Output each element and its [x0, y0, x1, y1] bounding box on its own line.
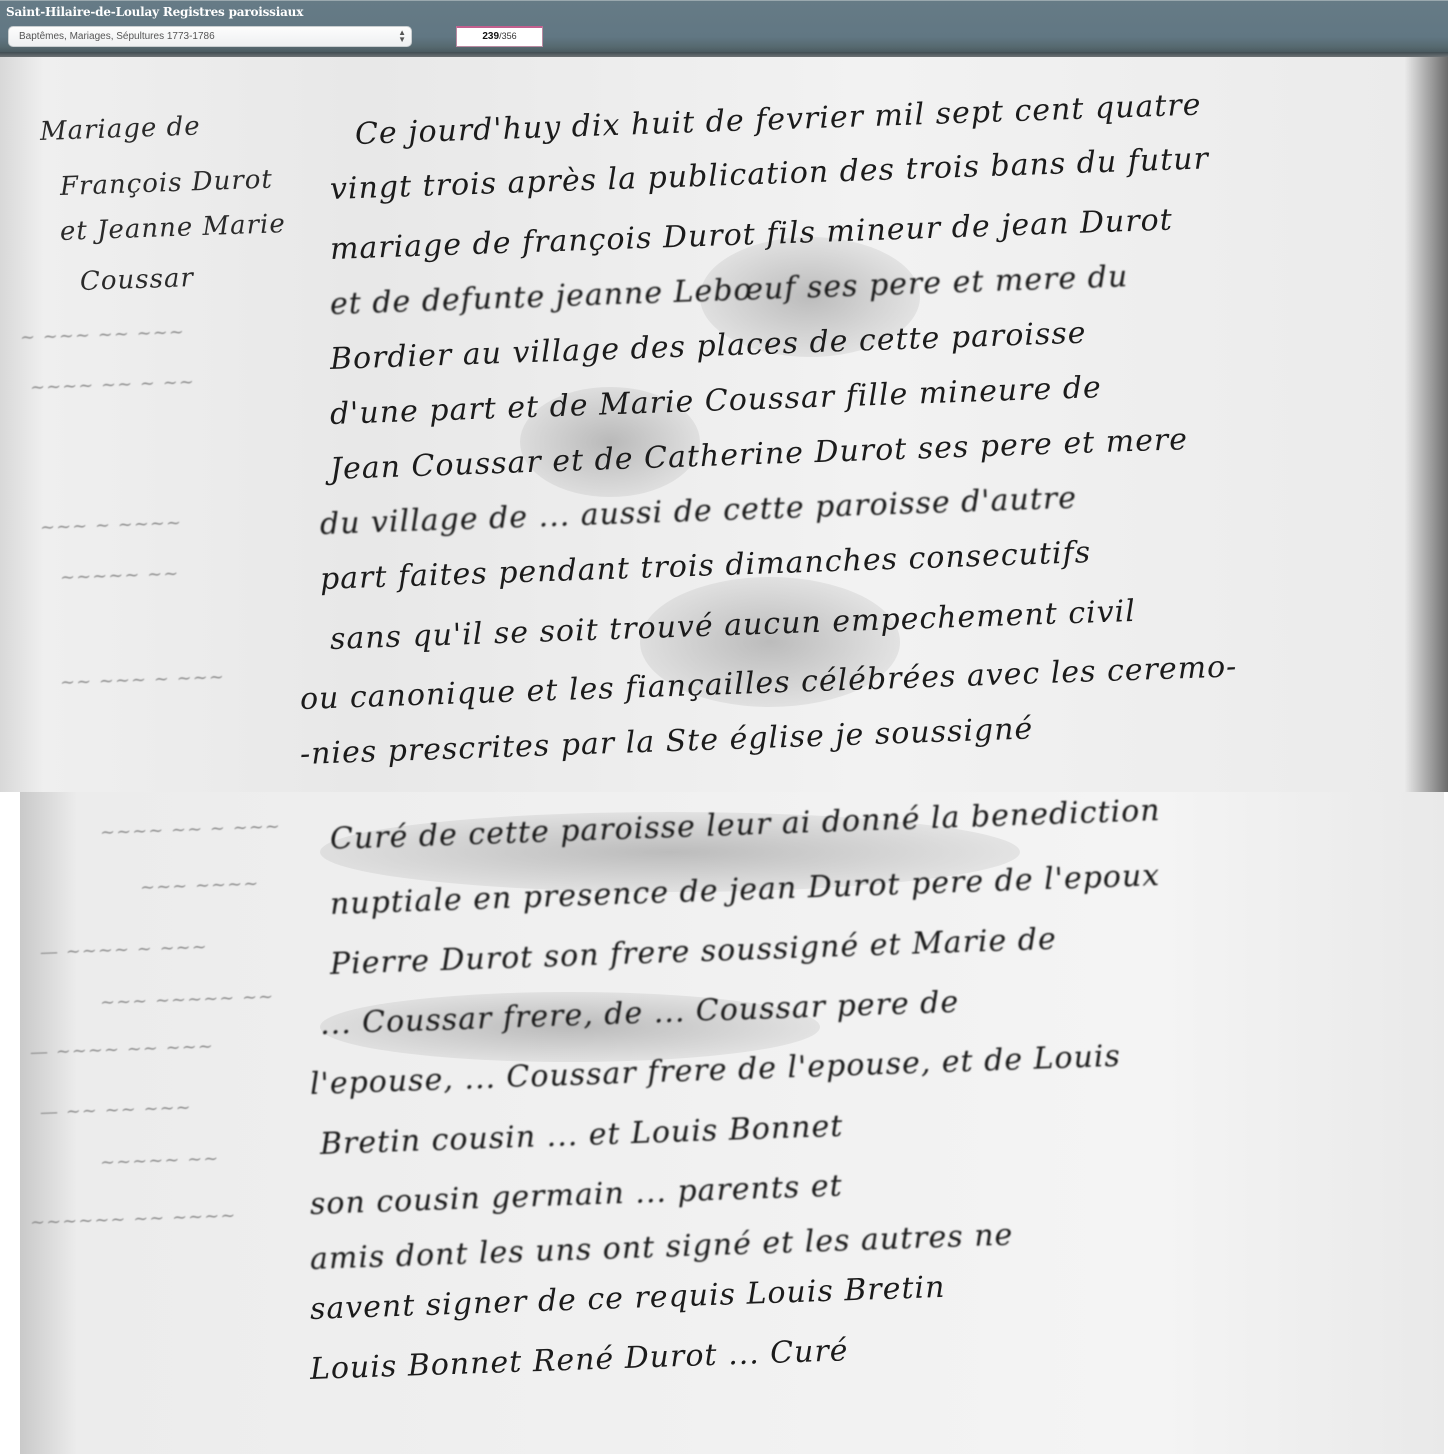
bleed-through-text: ~~~ ~~~~~ ~~ [100, 986, 275, 1013]
register-line: Louis Bonnet René Durot ... Curé [309, 1333, 849, 1387]
register-line: -nies prescrites par la Ste église je so… [299, 711, 1033, 772]
bleed-through-text: ~ ~~~ ~~ ~~~ [20, 321, 186, 348]
page-number-input[interactable]: 239/356 [456, 26, 543, 47]
select-updown-icon: ▲▼ [398, 29, 406, 43]
register-line: Ce jourd'huy dix huit de fevrier mil sep… [354, 87, 1202, 152]
margin-note-line: François Durot [59, 165, 273, 202]
register-select[interactable]: Baptêmes, Mariages, Sépultures 1773-1786… [8, 26, 412, 47]
margin-note-line: et Jeanne Marie [59, 209, 286, 247]
register-line: Bordier au village des places de cette p… [329, 316, 1087, 377]
bleed-through-text: ~~~~ ~~ ~ ~~ [30, 371, 196, 398]
bleed-through-text: — ~~ ~~ ~~~ [40, 1097, 192, 1123]
margin-note-line: Coussar [79, 263, 194, 297]
bleed-through-text: ~~~ ~~~~ [140, 873, 260, 898]
register-scan-top[interactable]: Mariage de François Durot et Jeanne Mari… [0, 57, 1448, 792]
bleed-through-text: ~~~~~~ ~~ ~~~~ [30, 1205, 237, 1233]
register-line: savent signer de ce requis Louis Bretin [309, 1270, 946, 1327]
bleed-through-text: ~~~~ ~~ ~ ~~~ [100, 816, 282, 843]
register-line: d'une part et de Marie Coussar fille min… [329, 370, 1102, 432]
page-total: 356 [502, 31, 517, 41]
bleed-through-text: — ~~~~ ~ ~~~ [40, 936, 208, 963]
register-scan-bottom[interactable]: ~~~~ ~~ ~ ~~~ ~~~ ~~~~ — ~~~~ ~ ~~~ ~~~ … [20, 792, 1444, 1454]
bleed-through-text: ~~~~~ ~~ [100, 1148, 220, 1173]
register-line: amis dont les uns ont signé et les autre… [309, 1217, 1013, 1277]
register-line: Bretin cousin ... et Louis Bonnet [319, 1109, 843, 1162]
bleed-through-text: ~~ ~~~ ~ ~~~ [60, 666, 226, 693]
register-line: Jean Coussar et de Catherine Durot ses p… [329, 422, 1188, 487]
register-line: son cousin germain ... parents et [309, 1168, 843, 1222]
register-line: vingt trois après la publication des tro… [329, 141, 1209, 207]
bleed-through-text: — ~~~~ ~~ ~~~ [30, 1036, 215, 1063]
bleed-through-text: ~~~ ~ ~~~~ [40, 512, 183, 538]
app-header: Saint-Hilaire-de-Loulay Registres parois… [0, 0, 1448, 52]
app-title: Saint-Hilaire-de-Loulay Registres parois… [6, 5, 303, 19]
register-select-value: Baptêmes, Mariages, Sépultures 1773-1786 [19, 31, 215, 42]
margin-note-line: Mariage de [39, 111, 201, 147]
register-line: Pierre Durot son frere soussigné et Mari… [329, 922, 1057, 982]
register-line: du village de ... aussi de cette paroiss… [319, 481, 1077, 542]
page-current: 239 [482, 31, 499, 42]
bleed-through-text: ~~~~~ ~~ [60, 563, 180, 588]
